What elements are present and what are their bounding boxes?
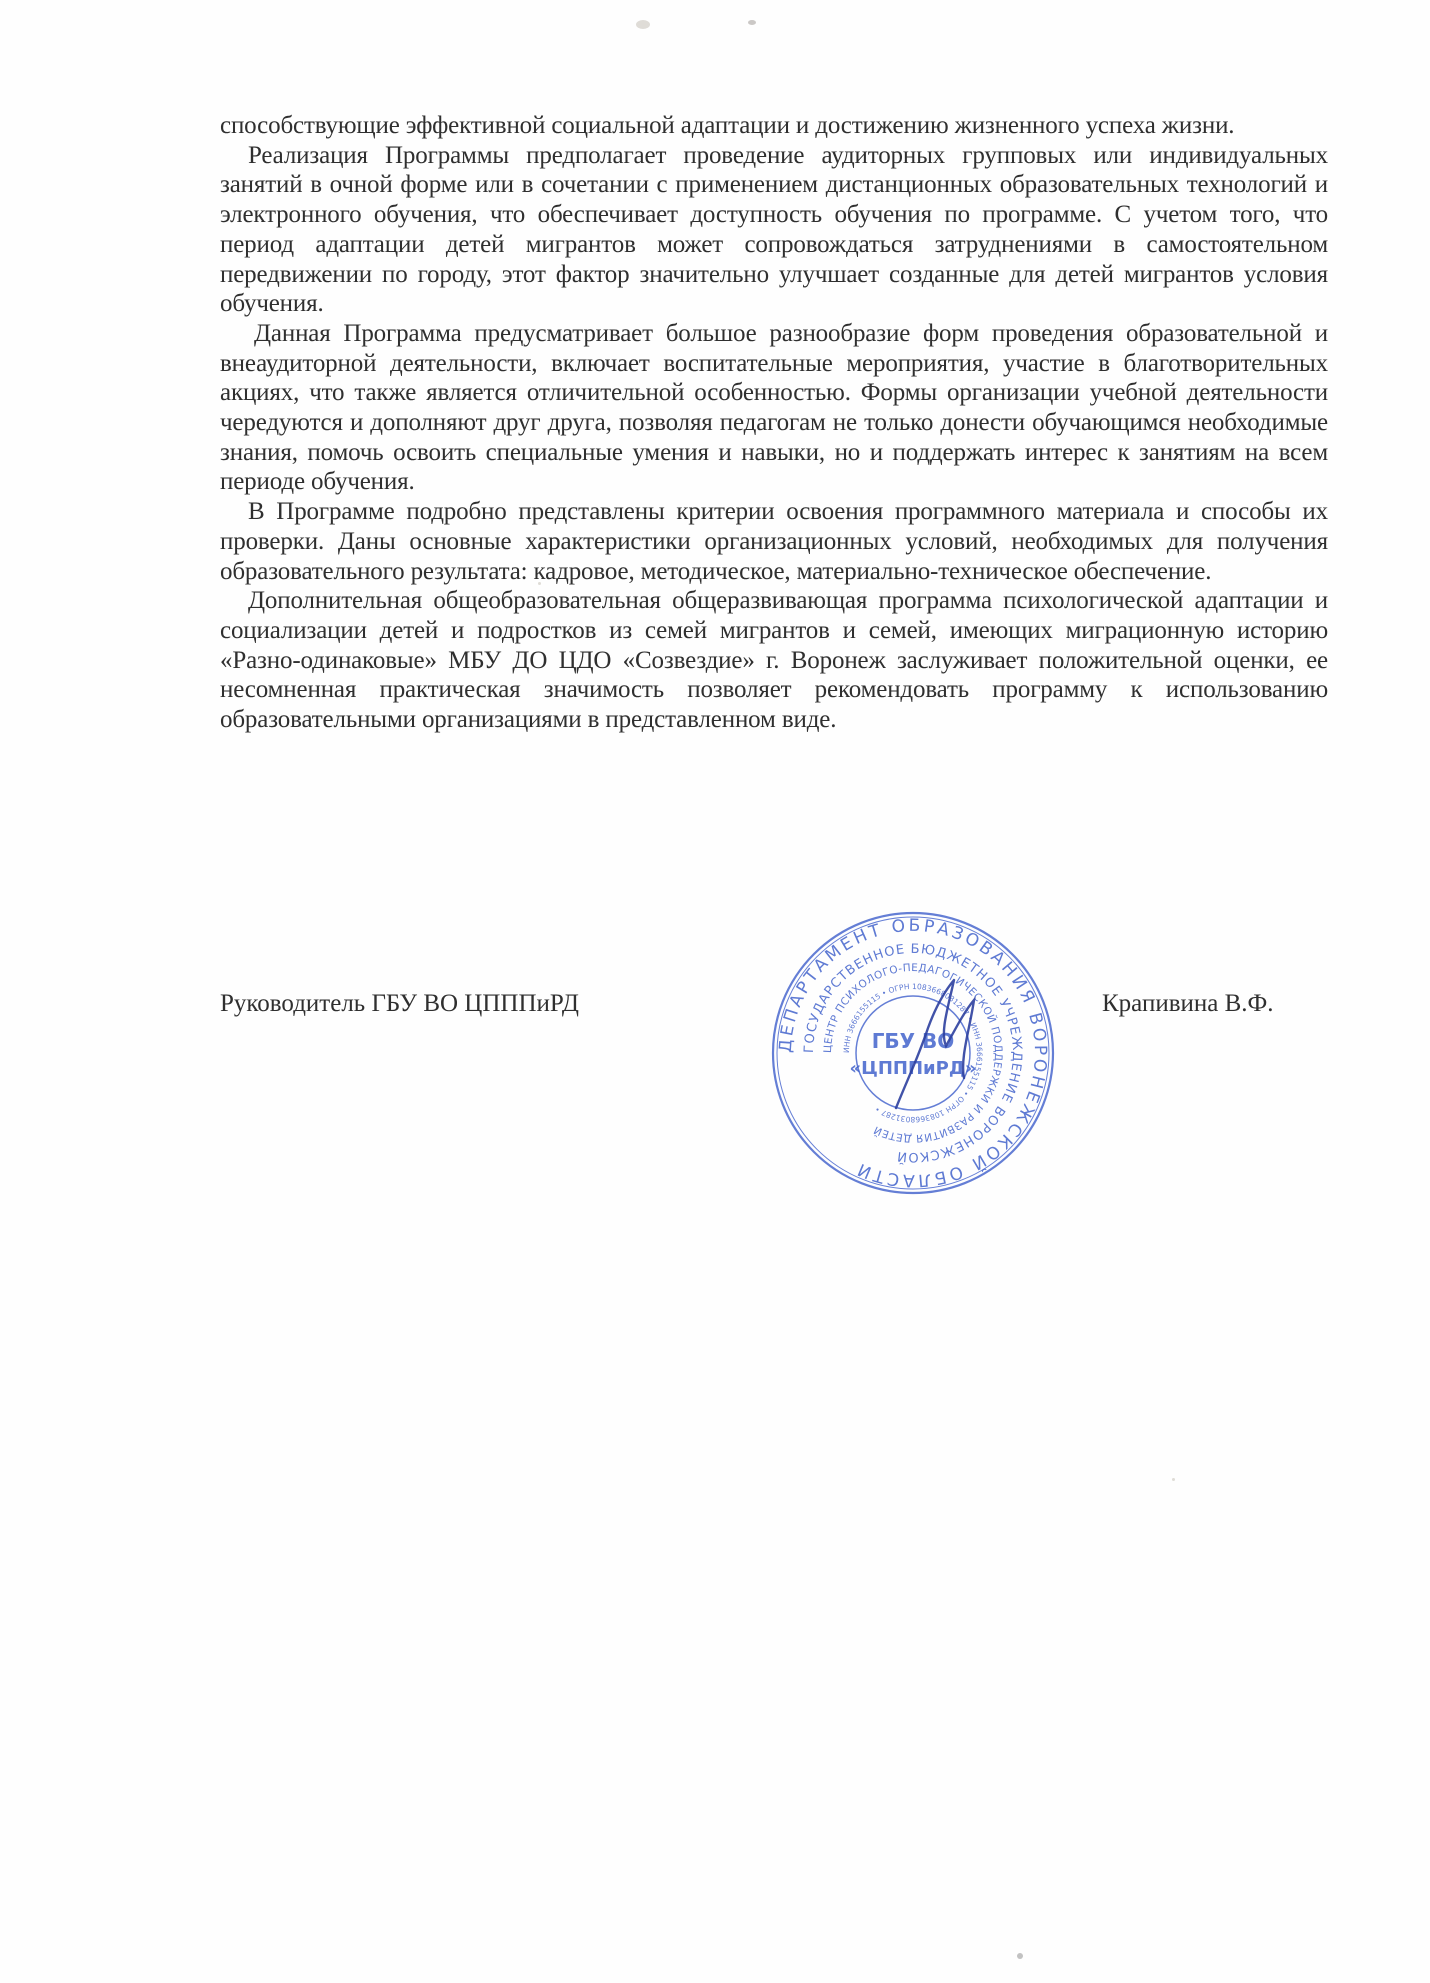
signer-title: Руководитель ГБУ ВО ЦПППиРД <box>220 990 579 1018</box>
scan-speck <box>636 20 650 29</box>
scan-speck <box>1172 1478 1175 1481</box>
document-body: способствующие эффективной социальной ад… <box>220 111 1328 735</box>
signer-name: Крапивина В.Ф. <box>1102 990 1274 1018</box>
official-stamp: ДЕПАРТАМЕНТ ОБРАЗОВАНИЯ ВОРОНЕЖСКОЙ ОБЛА… <box>768 908 1058 1198</box>
svg-text:ГОСУДАРСТВЕННОЕ БЮДЖЕТНОЕ УЧРЕ: ГОСУДАРСТВЕННОЕ БЮДЖЕТНОЕ УЧРЕЖДЕНИЕ ВОР… <box>802 942 1024 1165</box>
svg-text:ГБУ ВО: ГБУ ВО <box>872 1029 955 1053</box>
scan-speck <box>1017 1953 1023 1959</box>
paragraph-conclusion: Дополнительная общеобразовательная общер… <box>220 586 1328 735</box>
paragraph-forms: Данная Программа предусматривает большое… <box>220 319 1328 497</box>
scan-speck <box>748 20 756 25</box>
stamp-seal-icon: ДЕПАРТАМЕНТ ОБРАЗОВАНИЯ ВОРОНЕЖСКОЙ ОБЛА… <box>768 908 1058 1198</box>
scanned-document-page: способствующие эффективной социальной ад… <box>0 0 1430 1983</box>
paragraph-criteria: В Программе подробно представлены критер… <box>220 497 1328 586</box>
paragraph-implementation: Реализация Программы предполагает провед… <box>220 141 1328 319</box>
paragraph-intro-continued: способствующие эффективной социальной ад… <box>220 111 1328 141</box>
